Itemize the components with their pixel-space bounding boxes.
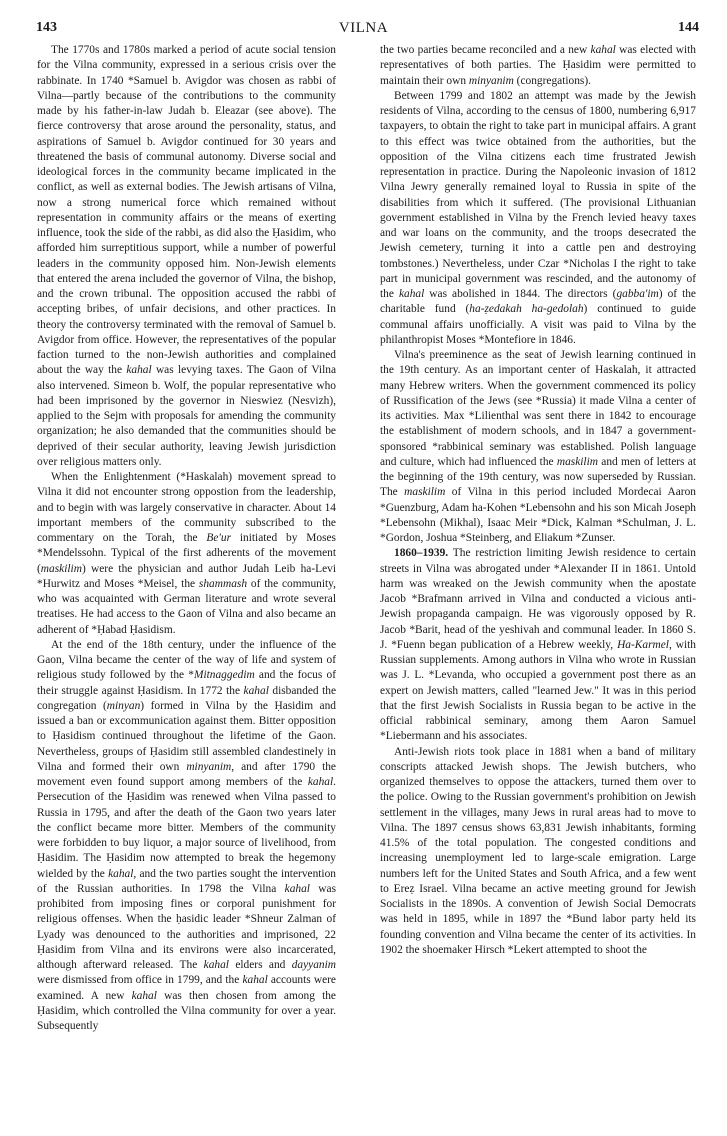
running-title: VILNA bbox=[0, 20, 727, 37]
paragraph: When the Enlightenment (*Haskalah) movem… bbox=[37, 470, 336, 638]
paragraph: The 1770s and 1780s marked a period of a… bbox=[37, 43, 336, 470]
paragraph: At the end of the 18th century, under th… bbox=[37, 638, 336, 1035]
left-column: The 1770s and 1780s marked a period of a… bbox=[37, 43, 336, 1034]
paragraph: Vilna's preeminence as the seat of Jewis… bbox=[380, 348, 696, 546]
paragraph: 1860–1939. The restriction limiting Jewi… bbox=[380, 546, 696, 744]
right-column: the two parties became reconciled and a … bbox=[380, 43, 696, 958]
page-header: 143 VILNA 144 bbox=[0, 20, 727, 44]
paragraph-continued: the two parties became reconciled and a … bbox=[380, 43, 696, 89]
page-number-right: 144 bbox=[678, 20, 699, 36]
paragraph: Between 1799 and 1802 an attempt was mad… bbox=[380, 89, 696, 348]
paragraph: Anti-Jewish riots took place in 1881 whe… bbox=[380, 745, 696, 959]
